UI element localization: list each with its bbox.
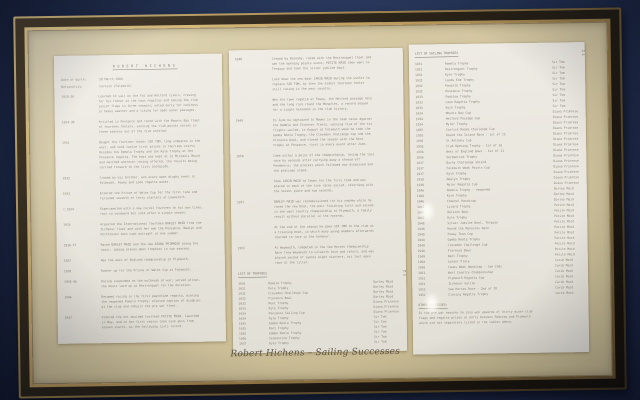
entry-year: 1948: [235, 57, 272, 73]
biography-entry: 1950Came within a point of the champions…: [236, 152, 407, 175]
entry-year: 1949: [236, 118, 273, 149]
framed-photo: ROBERT HICHENS Date of birth: 28 March 1…: [0, 0, 640, 400]
entry-year: 1936-37: [64, 243, 101, 254]
entry-line: still racing in the west country.: [272, 85, 407, 92]
middle-trophy-list: 1931Romola TrophyDarley Maid1931Kyle Tro…: [238, 279, 407, 347]
entry-line: the boats laid up at Restronguet for the…: [101, 282, 226, 289]
biography-entry: 1937Won the west of England championship…: [64, 256, 226, 263]
entry-paragraph: Took CARIB MAID to Cowes for the first t…: [274, 177, 408, 194]
trophy-year: 1937: [239, 341, 269, 346]
document-title: ROBERT HICHENS: [61, 62, 226, 70]
trophy-name: Kyle Trophy: [269, 340, 374, 347]
entry-paragraph: Raced DARLEY MAID and the new DIANA PRIM…: [101, 241, 226, 253]
other-successes-lines: In the pre war seasons he also won upwar…: [419, 308, 590, 326]
biography-entry: 1933Entered the Prince of Wales Cup for …: [63, 189, 226, 201]
biography-entry: 1936-37Raced DARLEY MAID and the new DIA…: [64, 241, 226, 253]
entry-year: 1947: [65, 315, 102, 331]
entry-line: eleven starts, as the following lists re…: [102, 323, 226, 330]
entry-paragraph: Won the west of England championship at …: [101, 256, 226, 263]
right-sheet-content: LIST OF SAILING TROPHIES YACHT 1931Romol…: [409, 42, 590, 326]
entry-line: Porthleven town cups outright in one sum…: [100, 230, 226, 237]
entry-paragraph: Bought the fourteen footer SIR TOM, long…: [99, 138, 226, 170]
entry-year: 1937: [64, 258, 101, 264]
trophy-list-header: LIST OF SAILING TROPHIES: [415, 51, 458, 58]
entry-paragraph: Resumed racing in the first peacetime re…: [101, 293, 226, 310]
entry-line: the Solent plate and two seconds.: [274, 187, 407, 194]
entry-paragraph: Articled in Penzance and raced with the …: [99, 118, 226, 135]
entry-line: Runner up for the Prince of Wales Cup at…: [101, 267, 226, 274]
biography-entry: At the end of the season he gave SIR TOM…: [237, 223, 407, 241]
entry-year: 1935: [63, 222, 100, 238]
entry-year: 1951: [237, 200, 274, 221]
entry-line: for a single helmsman in the club histor…: [273, 106, 408, 113]
entry-year: 1938-46: [64, 279, 101, 290]
entry-line: finished seventh of forty starters at Lo…: [100, 194, 226, 201]
entry-paragraph: Came within a point of the championship,…: [273, 152, 407, 174]
glass-glare-spot: [423, 292, 440, 315]
biography-entry: 1918-30Learned to sail on the Fal and He…: [61, 92, 226, 114]
entry-paragraph: Racing suspended on the outbreak of war;…: [101, 277, 226, 289]
entry-paragraph: Laid down the new boat CARIB MAID during…: [272, 75, 407, 92]
field-value: 28 March 1909: [99, 77, 123, 82]
entry-paragraph: Experimented with a new carvel fourteen …: [100, 205, 226, 217]
middle-biography-entries: 1948Crewed by Barnaby, raced with the Re…: [235, 55, 407, 267]
biography-entry: c.1934Experimented with a new carvel fou…: [63, 205, 226, 217]
document-sheet-middle: 1948Crewed by Barnaby, raced with the Re…: [229, 48, 407, 354]
entry-paragraph: At Weymouth, competed in the Sea Horses …: [275, 244, 408, 266]
entry-line: in heavy weather and a liking for open w…: [99, 107, 226, 114]
field-label: Date of birth:: [61, 77, 99, 83]
document-title-text: ROBERT HICHENS: [113, 63, 178, 70]
left-biography-entries: 1918-30Learned to sail on the Fal and He…: [61, 92, 226, 330]
biography-entry: 1951DARLEY MAID was recommissioned for h…: [237, 198, 407, 221]
entry-line: the placings stood.: [273, 167, 407, 174]
biography-entry: 1931Bought the fourteen footer SIR TOM, …: [62, 138, 226, 170]
entry-year: 1938: [64, 269, 101, 275]
entry-paragraph: Won the town regatta at Fowey, the Helfo…: [272, 96, 407, 113]
biography-entry: 1949In June he captained St Mawes in the…: [236, 116, 407, 149]
middle-sheet-content: 1948Crewed by Barnaby, raced with the Re…: [229, 48, 407, 347]
field-row: Date of birth: 28 March 1909: [61, 75, 226, 82]
yacht-name: Carib Maid: [555, 290, 589, 296]
biography-entry: Took CARIB MAID to Cowes for the first t…: [237, 177, 408, 195]
entry-paragraph: In June he captained St Mawes in the tea…: [273, 116, 407, 148]
field-label: Nationality:: [61, 84, 99, 90]
yacht-name: Sir Tom: [374, 339, 407, 345]
trophy-name: Closing Regatta Trophy: [448, 291, 555, 298]
entry-year: [237, 179, 274, 195]
entry-year: c.1934: [63, 207, 100, 218]
entry-line: Trophy at Penzance, first in every event…: [273, 141, 407, 148]
entry-line: coast, taking eleven open trophies in tw…: [101, 246, 226, 253]
glass-glare-spot: [419, 200, 435, 222]
other-successes-header: OTHER SUCCESSES:: [418, 300, 589, 309]
biography-entry: 1932Crewed by his brother, won every ope…: [63, 174, 226, 186]
right-trophy-list: 1931Romola TrophySir Tom1931Restronguet …: [415, 59, 589, 298]
entry-paragraph: At the end of the season he gave SIR TOM…: [274, 223, 407, 240]
entry-paragraph: Entered the Prince of Wales Cup for the …: [100, 189, 226, 201]
entry-paragraph: Runner up for the Prince of Wales Cup at…: [101, 267, 226, 274]
entry-line: fast to windward but sold after a single…: [100, 210, 226, 217]
right-list-header-row: LIST OF SAILING TROPHIES YACHT: [415, 49, 589, 58]
entry-year: [235, 77, 272, 93]
entry-year: [237, 225, 274, 241]
biography-entry: Laid down the new boat CARIB MAID during…: [235, 75, 407, 93]
field-row: Nationality: Cornish (Falmouth): [61, 82, 226, 89]
entry-line: three seasons out of the five entered.: [99, 128, 226, 135]
entry-paragraph: Crewed by his brother, won every open di…: [100, 174, 226, 186]
biography-entry: 1938Runner up for the Prince of Wales Cu…: [64, 267, 226, 274]
middle-list-header-row: LIST OF TROPHIES YACHT: [238, 269, 407, 278]
entry-paragraph: DARLEY MAID was recommissioned for his n…: [274, 198, 407, 220]
entry-year: 1933: [63, 191, 100, 202]
biography-entry: Won the town regatta at Fowey, the Helfo…: [235, 96, 407, 114]
entry-year: [235, 98, 272, 114]
entry-paragraph: Crewed by Barnaby, raced with the Restro…: [272, 55, 407, 72]
entry-paragraph: Ordered the hot moulded fourteen PETITE …: [102, 313, 226, 330]
entry-line: Torquay and took the silver jubilee bowl…: [272, 65, 407, 72]
entry-year: 1950: [236, 154, 273, 175]
entry-line: Won the west of England championship at …: [101, 256, 226, 263]
entry-year: 1918-30: [61, 94, 98, 115]
left-sheet-content: ROBERT HICHENS Date of birth: 28 March 1…: [54, 53, 226, 330]
trophy-row: 1952Closing Regatta TrophyCarib Maid: [418, 290, 589, 298]
biography-entry: 1948Crewed by Barnaby, raced with the Re…: [235, 55, 407, 73]
entry-paragraph: Learned to sail on the Fal and Helford r…: [98, 92, 226, 114]
entry-year: 1946: [64, 295, 101, 311]
biography-entry: 1938-46Racing suspended on the outbreak …: [64, 277, 226, 289]
trophy-list-header: LIST OF TROPHIES: [238, 271, 267, 277]
entry-year: 1932: [63, 176, 100, 187]
biography-entry: 1952At Weymouth, competed in the Sea Hor…: [238, 244, 408, 267]
biography-entry: 1947Ordered the hot moulded fourteen PET…: [65, 313, 226, 330]
entry-line: at the club and rebuilt the pre war flee…: [101, 303, 226, 310]
document-sheet-left: ROBERT HICHENS Date of birth: 28 March 1…: [54, 53, 226, 343]
entry-line: Falmouth, Fowey and Looe regatta weeks.: [100, 179, 226, 186]
entry-paragraph: Acquired the International fourteen DARL…: [100, 220, 226, 237]
entry-line: result without parallel in the records.: [274, 213, 407, 220]
field-value: Cornish (Falmouth): [99, 84, 132, 89]
entry-year: 1952: [238, 246, 275, 267]
biography-entry: 1924-30Articled in Penzance and raced wi…: [62, 118, 226, 135]
biography-entry: 1946Resumed racing in the first peacetim…: [64, 293, 226, 310]
biography-entry: 1935Acquired the International fourteen …: [63, 220, 226, 237]
entry-year: 1931: [62, 140, 99, 171]
entry-year: 1924-30: [62, 120, 99, 136]
entry-line: carried forward to the lists alongside.: [99, 163, 226, 170]
picture-frame: ROBERT HICHENS Date of birth: 28 March 1…: [13, 8, 627, 399]
